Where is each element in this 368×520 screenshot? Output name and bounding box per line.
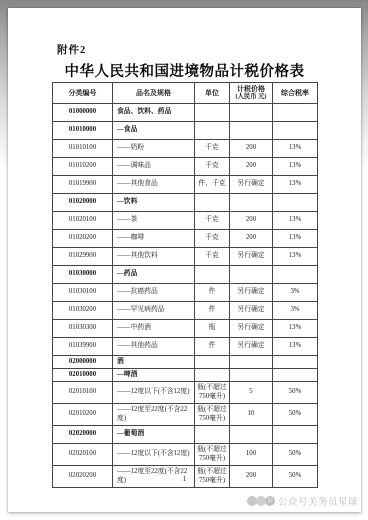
table-row: 02010100——12度以下(不含12度)瓶(不超过750毫升)550% (53, 382, 318, 404)
cell-rate: 13% (273, 140, 318, 158)
cell-price (230, 194, 273, 212)
cell-code: 02010100 (53, 382, 113, 404)
cell-rate: 13% (273, 176, 318, 194)
table-row: 02010000—啤酒 (53, 369, 318, 382)
document-title: 中华人民共和国进境物品计税价格表 (8, 60, 361, 81)
cell-code: 02010200 (53, 404, 113, 426)
cell-name: ——12度以下(不含12度) (113, 382, 195, 404)
table-row: 02000000酒 (53, 356, 318, 369)
table-row: 02020100——12度以下(不含12度)瓶(不超过750毫升)10050% (53, 444, 318, 466)
cell-rate: 3% (273, 284, 318, 302)
cell-rate (273, 266, 318, 284)
table-row: 02010200——12度至22度(不含22度)瓶(不超过750毫升)1050% (53, 404, 318, 426)
cell-unit: 瓶(不超过750毫升) (195, 382, 230, 404)
cell-unit (195, 356, 230, 369)
table-row: 01030000—药品 (53, 266, 318, 284)
cell-rate (273, 356, 318, 369)
cell-unit: 瓶(不超过750毫升) (195, 404, 230, 426)
cell-unit: 瓶(不超过750毫升) (195, 444, 230, 466)
table-row: 01020200——咖啡千克20013% (53, 230, 318, 248)
cell-name: ——其他药品 (113, 338, 195, 356)
col-header-rate: 综合税率 (273, 83, 318, 104)
cell-name: ——12度以下(不含12度) (113, 444, 195, 466)
cell-name: ——其他饮料 (113, 248, 195, 266)
cell-price: 10 (230, 404, 273, 426)
cell-unit (195, 266, 230, 284)
cell-unit: 千克 (195, 230, 230, 248)
document-page: 附件2 中华人民共和国进境物品计税价格表 分类编号 品名及规格 单位 计税价格 … (8, 8, 361, 512)
cell-code: 02020000 (53, 426, 113, 444)
table-row: 01030200——罕见病药品件另行确定3% (53, 302, 318, 320)
table-row: 02020000—葡萄酒 (53, 426, 318, 444)
table-row: 01020000—饮料 (53, 194, 318, 212)
price-table: 分类编号 品名及规格 单位 计税价格 (人民币 元) 综合税率 01000000… (52, 82, 318, 488)
col-header-name: 品名及规格 (113, 83, 195, 104)
cell-price: 另行确定 (230, 302, 273, 320)
cell-price (230, 369, 273, 382)
cell-code: 01030200 (53, 302, 113, 320)
table-row: 01020100——茶千克20013% (53, 212, 318, 230)
col-header-price: 计税价格 (人民币 元) (230, 83, 273, 104)
cell-price: 200 (230, 158, 273, 176)
cell-price: 100 (230, 444, 273, 466)
table-row: 01039900——其他药品件另行确定13% (53, 338, 318, 356)
cell-unit: 千克 (195, 212, 230, 230)
cell-unit: 件 (195, 302, 230, 320)
cell-code: 01020100 (53, 212, 113, 230)
cell-unit: 件 (195, 338, 230, 356)
cell-unit (195, 104, 230, 122)
cell-code: 01019900 (53, 176, 113, 194)
cell-code: 01020200 (53, 230, 113, 248)
cell-rate: 13% (273, 248, 318, 266)
cell-name: —葡萄酒 (113, 426, 195, 444)
cell-unit (195, 122, 230, 140)
cell-name: —啤酒 (113, 369, 195, 382)
col-header-unit: 单位 (195, 83, 230, 104)
table-row: 01029900——其他饮料千克另行确定13% (53, 248, 318, 266)
table-row: 01010100——奶粉千克20013% (53, 140, 318, 158)
table-row: 01010200——调味品千克20013% (53, 158, 318, 176)
cell-price (230, 122, 273, 140)
table-row: 01030300——中药酒瓶另行确定13% (53, 320, 318, 338)
cell-price: 200 (230, 230, 273, 248)
cell-name: ——罕见病药品 (113, 302, 195, 320)
cell-name: ——奶粉 (113, 140, 195, 158)
cell-rate: 13% (273, 338, 318, 356)
cell-unit: 千克 (195, 140, 230, 158)
price-table-header: 分类编号 品名及规格 单位 计税价格 (人民币 元) 综合税率 (53, 83, 318, 104)
cell-rate: 50% (273, 382, 318, 404)
attachment-label: 附件2 (57, 42, 86, 57)
cell-price: 另行确定 (230, 284, 273, 302)
cell-price (230, 266, 273, 284)
cell-code: 01010200 (53, 158, 113, 176)
cell-price: 200 (230, 212, 273, 230)
cell-price: 200 (230, 140, 273, 158)
cell-price (230, 356, 273, 369)
cell-rate: 13% (273, 212, 318, 230)
cell-rate (273, 369, 318, 382)
cell-unit (195, 426, 230, 444)
cell-name: ——茶 (113, 212, 195, 230)
watermark-text: 公众号关务员星球 (278, 494, 358, 508)
cell-name: 食品、饮料、药品 (113, 104, 195, 122)
col-header-code: 分类编号 (53, 83, 113, 104)
cell-name: ——咖啡 (113, 230, 195, 248)
table-row: 01010000—食品 (53, 122, 318, 140)
cell-code: 01000000 (53, 104, 113, 122)
cell-unit: 千克 (195, 158, 230, 176)
watermark: 公 公众号关务员星球 (247, 494, 358, 508)
cell-price: 另行确定 (230, 176, 273, 194)
cell-name: 酒 (113, 356, 195, 369)
cell-rate: 50% (273, 444, 318, 466)
cell-name: —饮料 (113, 194, 195, 212)
cell-rate: 50% (273, 404, 318, 426)
cell-code: 01010000 (53, 122, 113, 140)
cell-price (230, 426, 273, 444)
cell-code: 01030000 (53, 266, 113, 284)
table-row: 01000000食品、饮料、药品 (53, 104, 318, 122)
cell-code: 02020100 (53, 444, 113, 466)
table-row: 01030100——抗癌药品件另行确定3% (53, 284, 318, 302)
price-table-body: 01000000食品、饮料、药品01010000—食品01010100——奶粉千… (53, 104, 318, 488)
cell-rate: 13% (273, 158, 318, 176)
cell-code: 01039900 (53, 338, 113, 356)
cell-name: —食品 (113, 122, 195, 140)
cell-unit (195, 194, 230, 212)
cell-price: 5 (230, 382, 273, 404)
cell-unit: 瓶 (195, 320, 230, 338)
cell-price (230, 104, 273, 122)
cell-rate (273, 104, 318, 122)
cell-unit: 件、千克 (195, 176, 230, 194)
page-number: 1 (8, 474, 361, 483)
cell-rate: 13% (273, 230, 318, 248)
cell-rate: 13% (273, 320, 318, 338)
cell-code: 02010000 (53, 369, 113, 382)
watermark-logo-icon: 公 (265, 496, 275, 506)
cell-price: 另行确定 (230, 248, 273, 266)
col-header-price-line2: (人民币 元) (231, 93, 271, 100)
cell-name: ——12度至22度(不含22度) (113, 404, 195, 426)
cell-rate (273, 122, 318, 140)
cell-rate: 3% (273, 302, 318, 320)
cell-name: ——中药酒 (113, 320, 195, 338)
cell-code: 01029900 (53, 248, 113, 266)
cell-price: 另行确定 (230, 338, 273, 356)
cell-name: —药品 (113, 266, 195, 284)
cell-price: 另行确定 (230, 320, 273, 338)
table-row: 01019900——其他食品件、千克另行确定13% (53, 176, 318, 194)
cell-unit: 千克 (195, 248, 230, 266)
cell-name: ——抗癌药品 (113, 284, 195, 302)
cell-code: 01010100 (53, 140, 113, 158)
cell-rate (273, 194, 318, 212)
cell-unit: 件 (195, 284, 230, 302)
cell-unit (195, 369, 230, 382)
cell-name: ——其他食品 (113, 176, 195, 194)
cell-rate (273, 426, 318, 444)
cell-code: 02000000 (53, 356, 113, 369)
header-row: 分类编号 品名及规格 单位 计税价格 (人民币 元) 综合税率 (53, 83, 318, 104)
cell-name: ——调味品 (113, 158, 195, 176)
cell-code: 01020000 (53, 194, 113, 212)
cell-code: 01030300 (53, 320, 113, 338)
cell-code: 01030100 (53, 284, 113, 302)
